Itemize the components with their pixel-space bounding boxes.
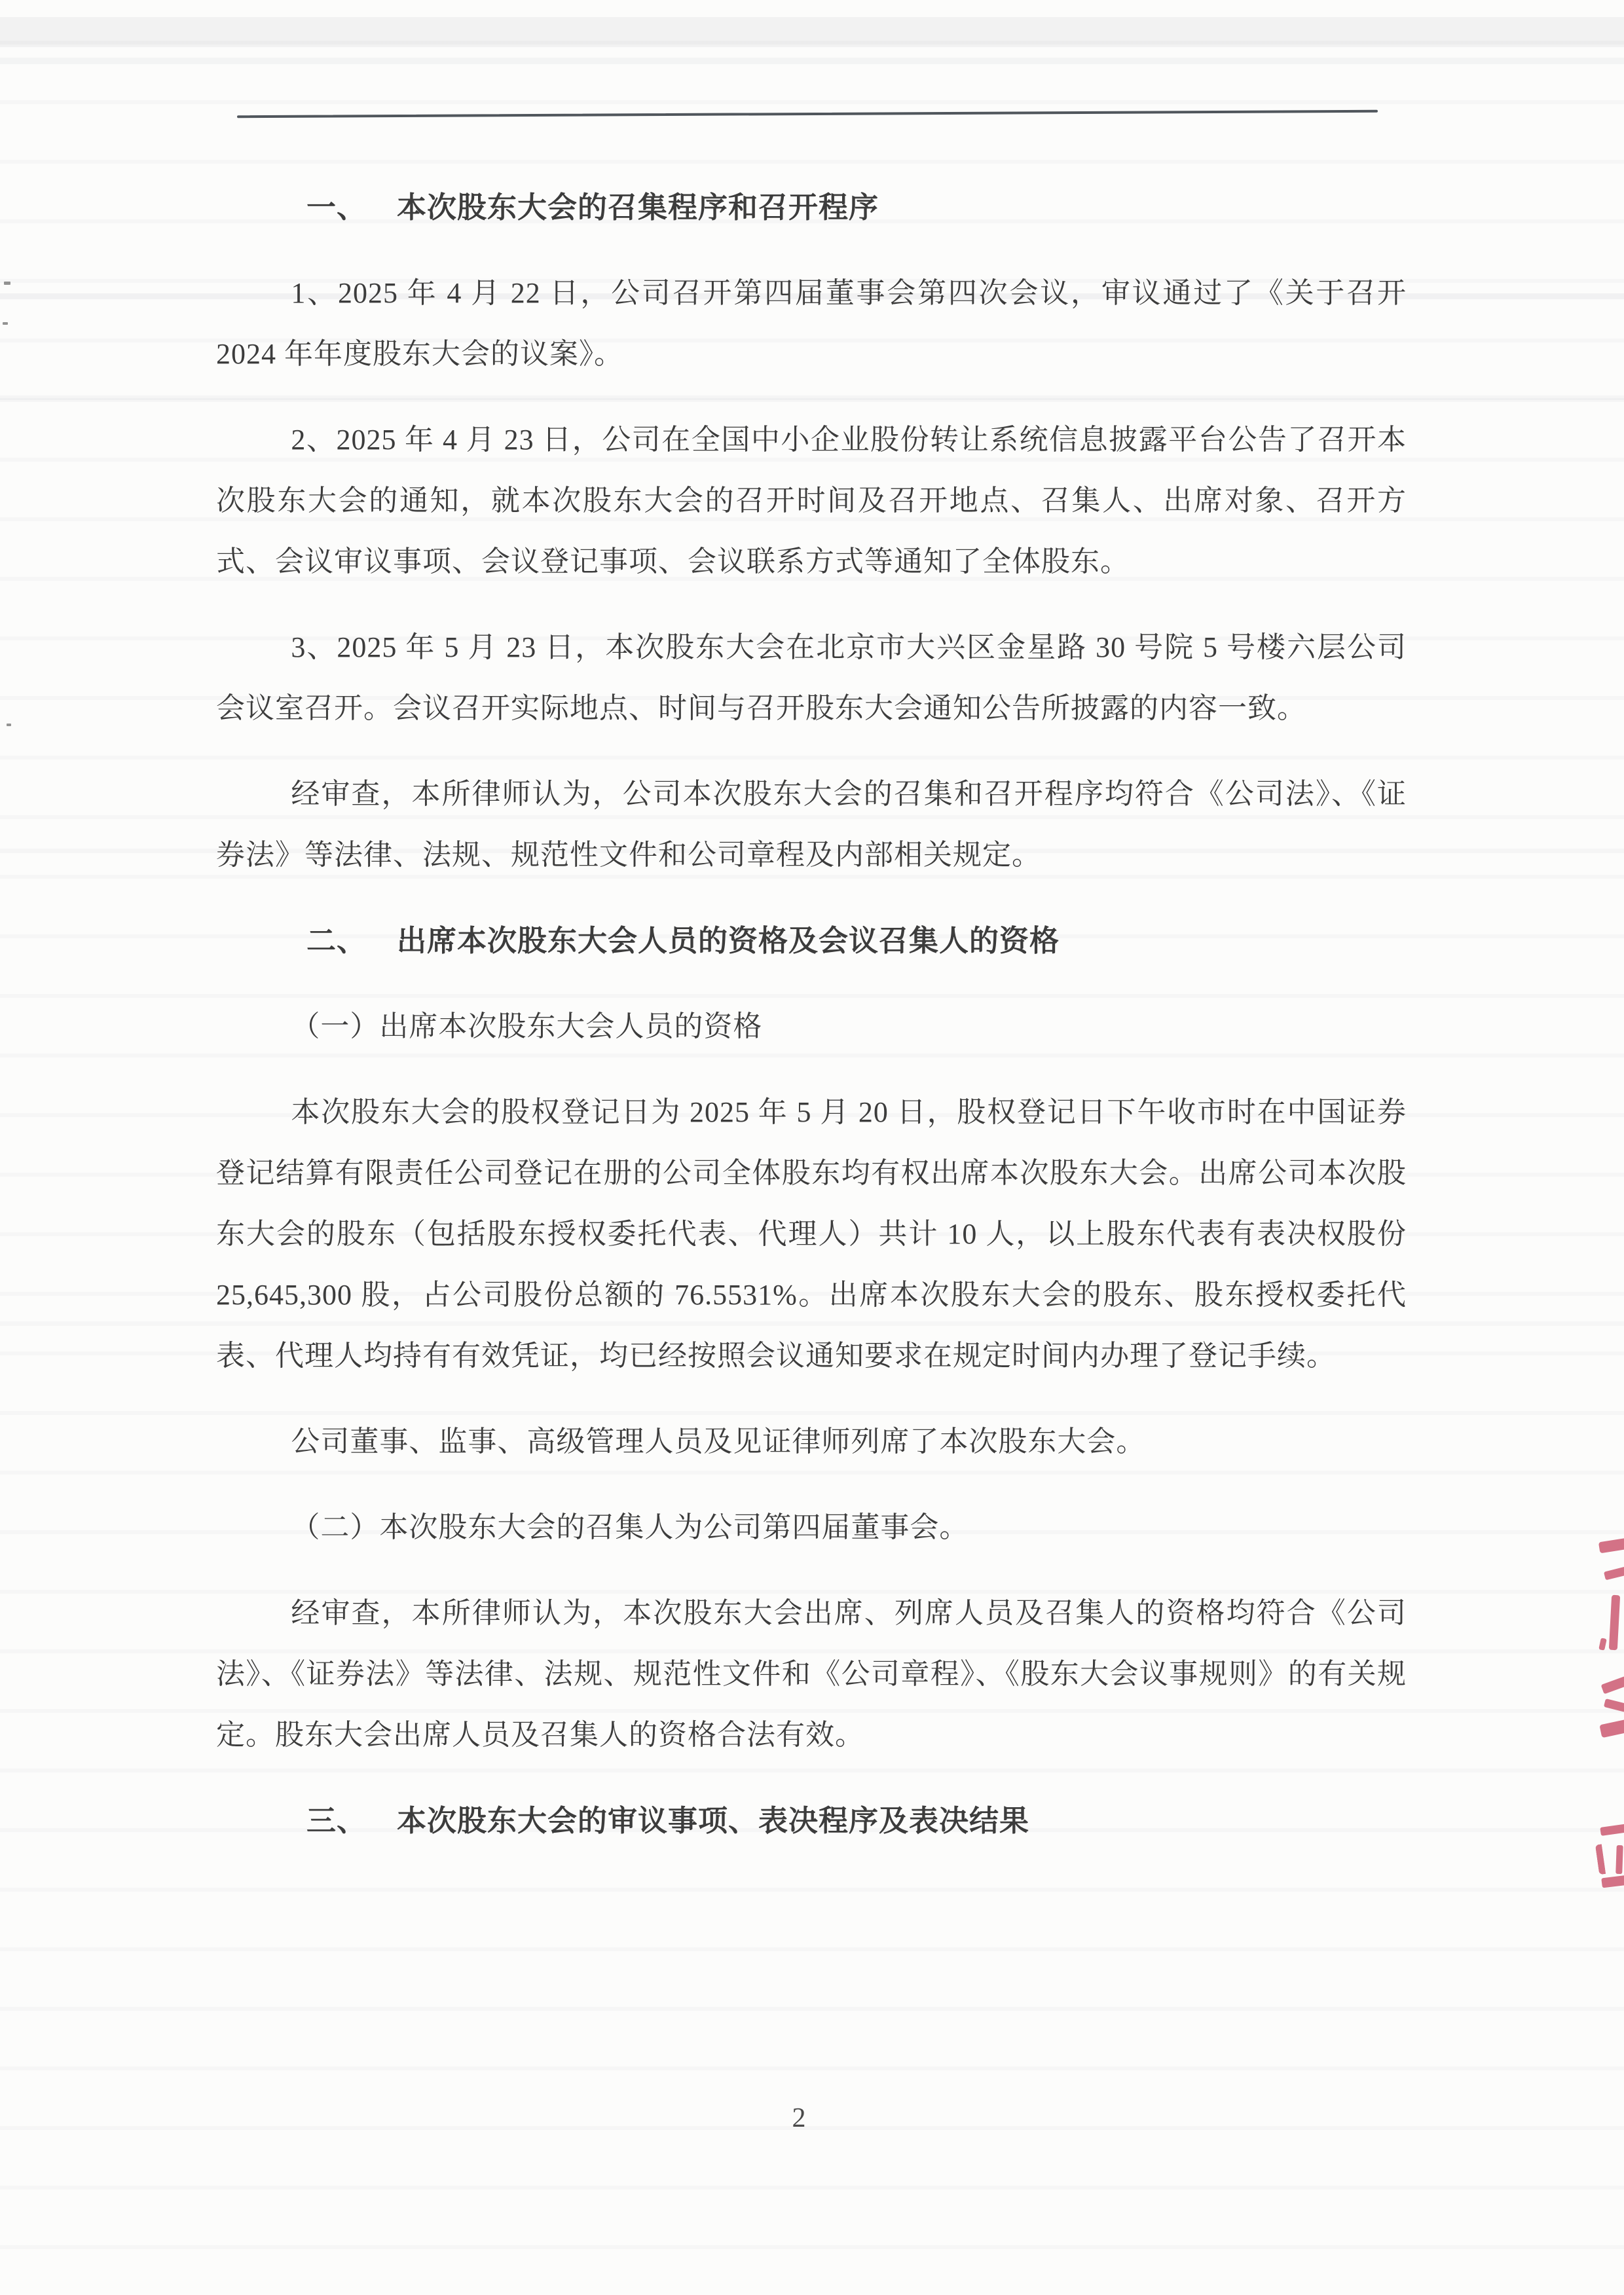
seal-fragment: [1604, 1698, 1624, 1712]
scan-speck: [7, 724, 11, 726]
section-number: 一、: [306, 191, 367, 224]
paragraph-meeting-notice: 2、2025 年 4 月 23 日，公司在全国中小企业股份转让系统信息披露平台公…: [216, 409, 1407, 592]
paragraph-observers: 公司董事、监事、高级管理人员及见证律师列席了本次股东大会。: [216, 1411, 1407, 1472]
seal-fragment: [1604, 1566, 1624, 1581]
paragraph-record-date-attendance: 本次股东大会的股权登记日为 2025 年 5 月 20 日，股权登记日下午收市时…: [216, 1082, 1407, 1386]
section-number: 二、: [306, 924, 367, 957]
section-title: 本次股东大会的审议事项、表决程序及表决结果: [397, 1804, 1029, 1837]
scanned-document-page: 一、本次股东大会的召集程序和召开程序 1、2025 年 4 月 22 日，公司召…: [0, 0, 1624, 2295]
section-title: 出席本次股东大会人员的资格及会议召集人的资格: [397, 924, 1060, 957]
scan-speck: [4, 282, 10, 285]
paragraph-meeting-location: 3、2025 年 5 月 23 日，本次股东大会在北京市大兴区金星路 30 号院…: [216, 617, 1407, 739]
seal-fragment: [1598, 1638, 1607, 1650]
seal-fragment: [1609, 1595, 1620, 1651]
seal-fragment: [1599, 1719, 1624, 1738]
scan-artifact-band: [0, 58, 1624, 64]
section-heading-3: 三、本次股东大会的审议事项、表决程序及表决结果: [216, 1790, 1407, 1851]
section-heading-2: 二、出席本次股东大会人员的资格及会议召集人的资格: [216, 910, 1407, 971]
seal-fragment: [1615, 1845, 1623, 1874]
section-number: 三、: [306, 1804, 367, 1837]
paragraph-convening-resolution: 1、2025 年 4 月 22 日，公司召开第四届董事会第四次会议，审议通过了《…: [216, 263, 1407, 384]
document-body: 一、本次股东大会的召集程序和召开程序 1、2025 年 4 月 22 日，公司召…: [216, 177, 1407, 1876]
page-number: 2: [0, 2099, 1598, 2138]
subheading-convener: （二）本次股东大会的召集人为公司第四届董事会。: [216, 1497, 1407, 1558]
section-heading-1: 一、本次股东大会的召集程序和召开程序: [216, 177, 1407, 238]
section-title: 本次股东大会的召集程序和召开程序: [397, 191, 879, 224]
seal-fragment: [1598, 1538, 1624, 1554]
scan-speck: [3, 322, 8, 325]
subheading-attendee-qualification: （一）出席本次股东大会人员的资格: [216, 996, 1407, 1057]
seal-fragment: [1601, 1676, 1624, 1695]
seal-fragment: [1601, 1875, 1624, 1888]
scan-artifact-band: [0, 17, 1624, 47]
header-rule-line: [237, 110, 1378, 119]
paragraph-lawyer-opinion-procedure: 经审查，本所律师认为，公司本次股东大会的召集和召开程序均符合《公司法》、《证券法…: [216, 763, 1407, 885]
paragraph-lawyer-opinion-qualification: 经审查，本所律师认为，本次股东大会出席、列席人员及召集人的资格均符合《公司法》、…: [216, 1583, 1407, 1765]
seal-fragment: [1600, 1824, 1624, 1836]
seal-fragment: [1595, 1843, 1613, 1875]
